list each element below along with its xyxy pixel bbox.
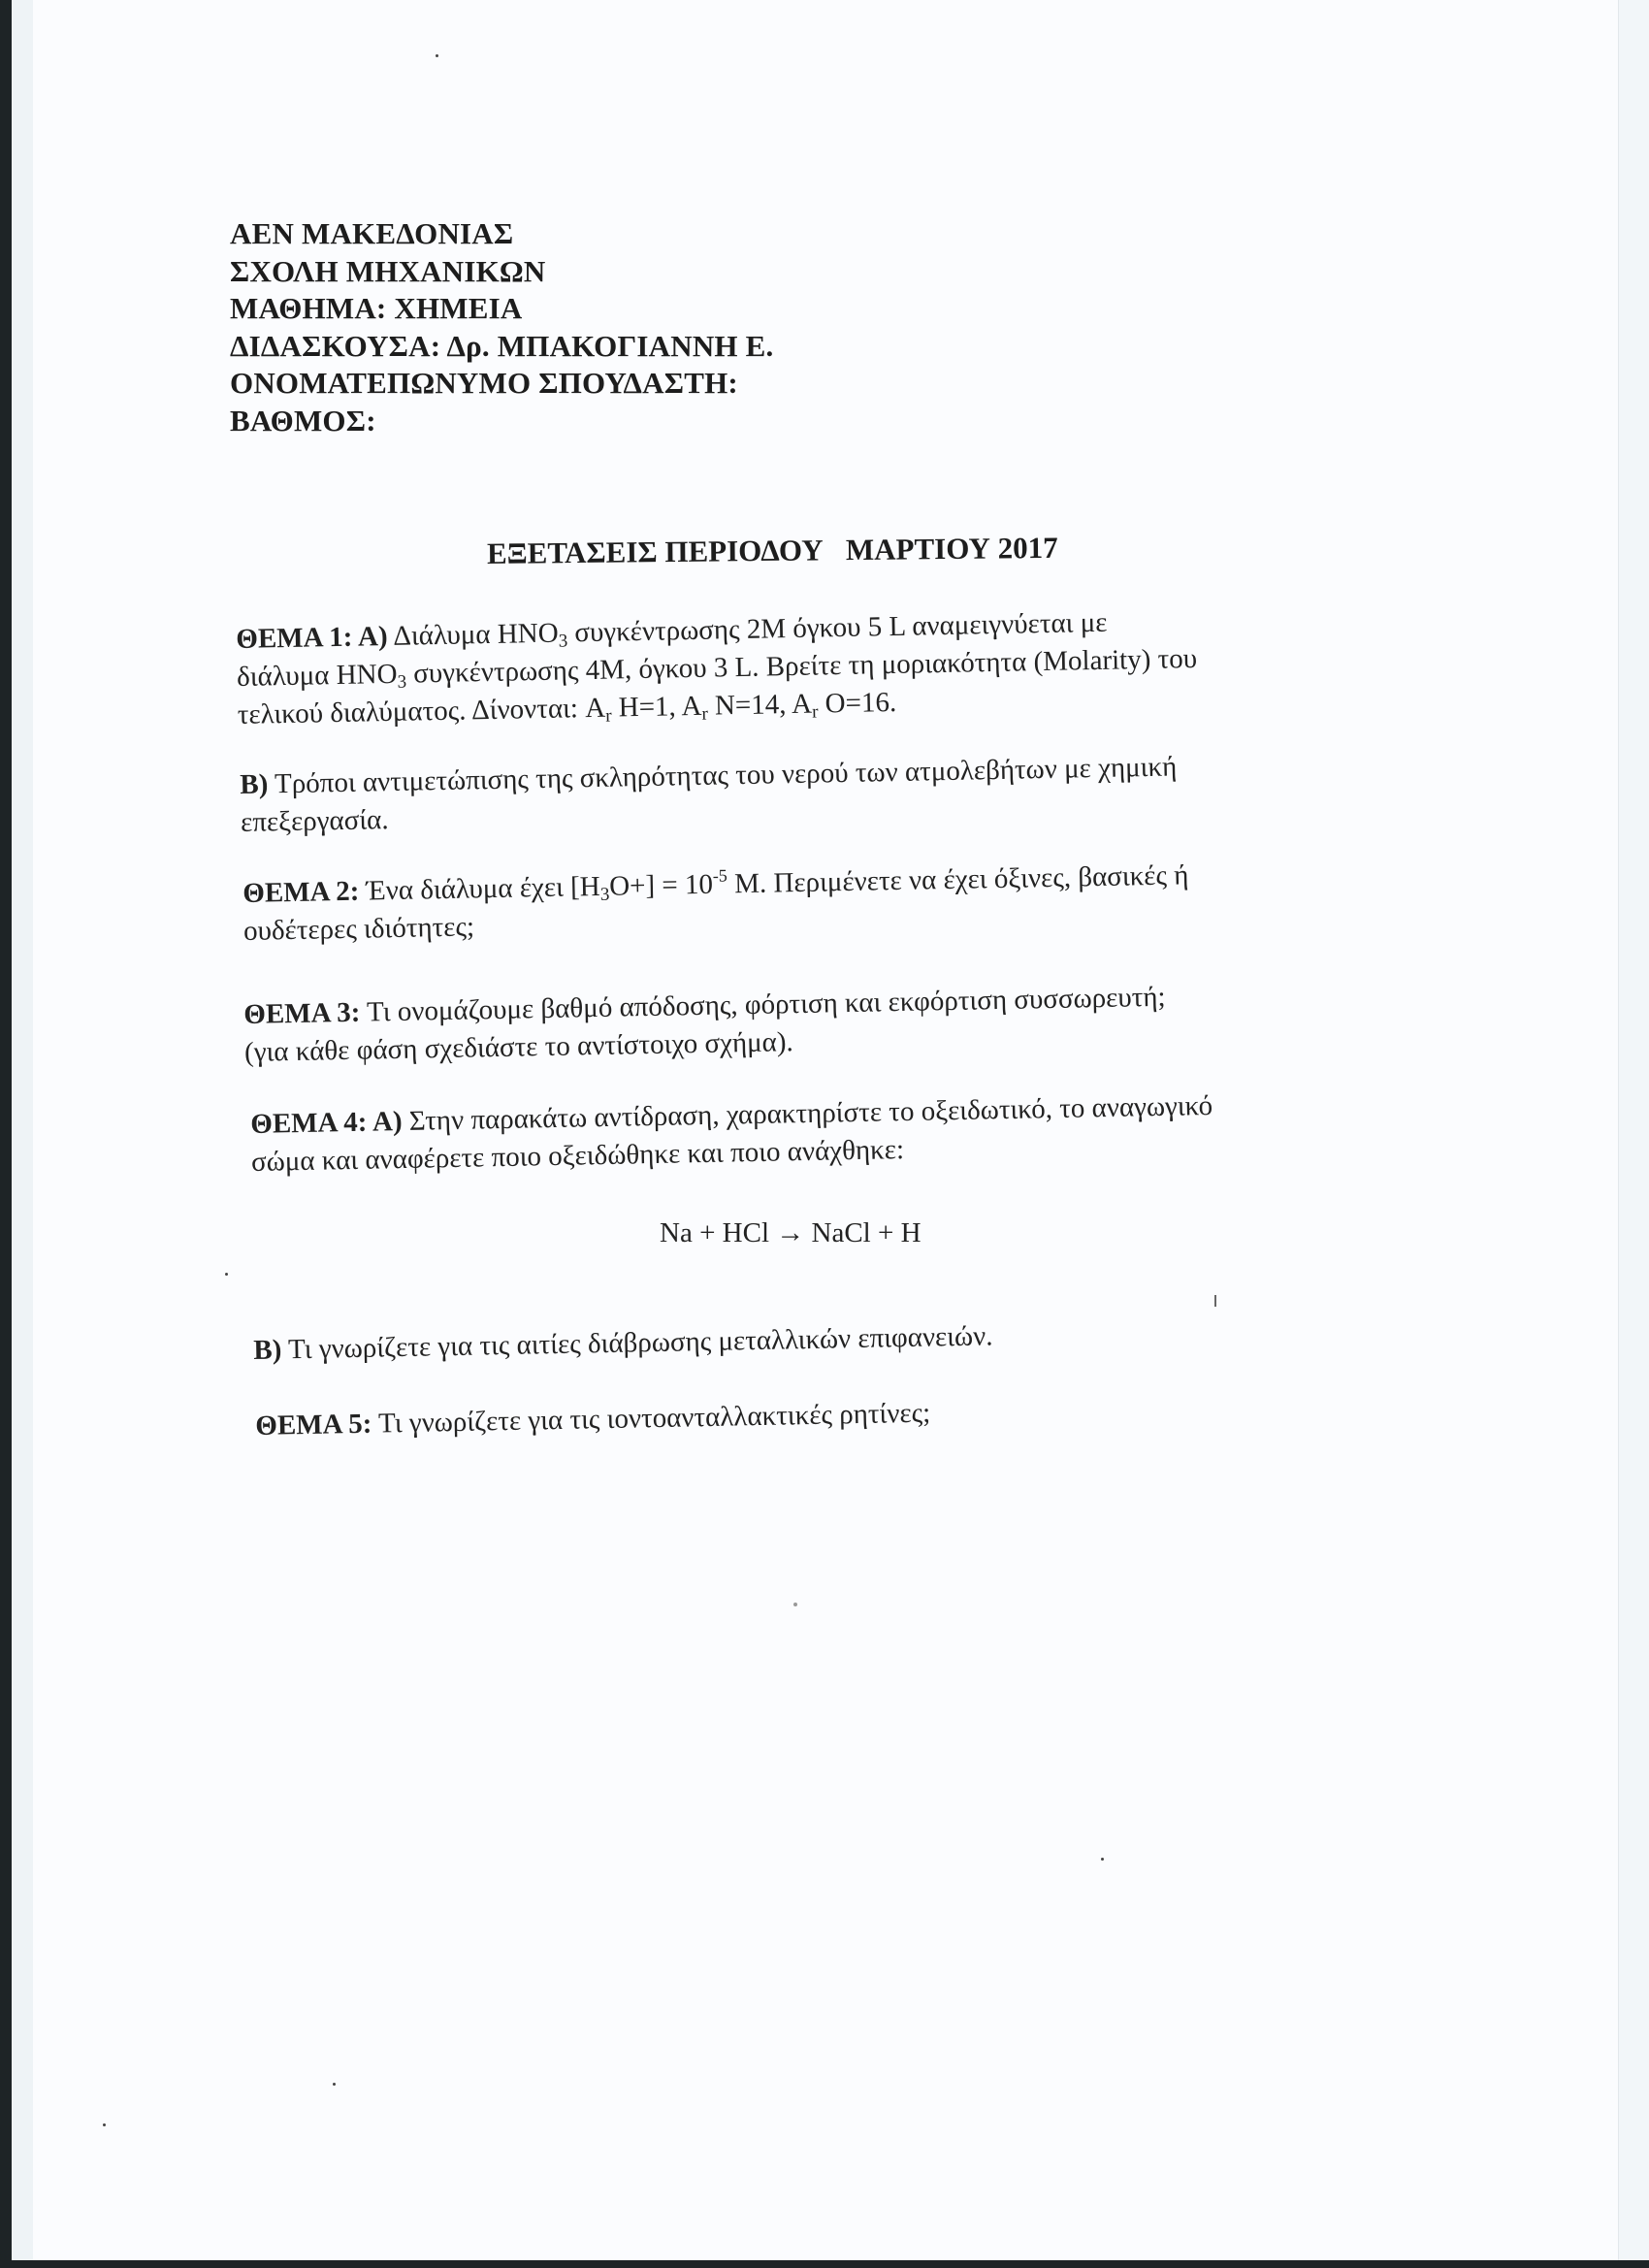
header-student-name: ΟΝΟΜΑΤΕΠΩΝΥΜΟ ΣΠΟΥΔΑΣΤΗ: — [230, 365, 774, 403]
question-label: ΘΕΜΑ 1: Α) — [236, 621, 388, 655]
question-label: Β) — [253, 1334, 282, 1366]
question-1a: ΘΕΜΑ 1: Α) Διάλυμα HNO3 συγκέντρωσης 2M … — [236, 602, 1198, 734]
exam-header: ΑΕΝ ΜΑΚΕΔΟΝΙΑΣ ΣΧΟΛΗ ΜΗΧΑΝΙΚΩΝ ΜΑΘΗΜΑ: Χ… — [230, 215, 774, 439]
scan-speck — [333, 2083, 336, 2086]
scan-edge-right — [1618, 0, 1649, 2260]
header-institution: ΑΕΝ ΜΑΚΕΔΟΝΙΑΣ — [230, 215, 774, 253]
scan-speck — [1101, 1858, 1104, 1861]
scan-speck — [103, 2123, 106, 2126]
question-text: συγκέντρωσης 2M όγκου 5 L αναμειγνύεται … — [567, 607, 1108, 649]
question-text: O=16. — [818, 687, 896, 720]
chemical-equation: Na + HCl → NaCl + H — [660, 1217, 921, 1249]
exam-title: ΕΞΕΤΑΣΕΙΣ ΠΕΡΙΟΔΟΥ ΜΑΡΤΙΟΥ 2017 — [487, 531, 1058, 571]
question-label: ΘΕΜΑ 2: — [242, 876, 360, 909]
header-instructor: ΔΙΔΑΣΚΟΥΣΑ: Δρ. ΜΠΑΚΟΓΙΑΝΝΗ Ε. — [230, 328, 774, 366]
question-text: Διάλυμα HNO — [387, 618, 559, 652]
question-text: Ένα διάλυμα έχει [H — [359, 871, 600, 907]
question-text: διάλυμα HNO — [237, 659, 398, 693]
question-text: H=1, A — [611, 691, 701, 724]
scan-speck — [436, 54, 438, 57]
question-text: Τι γνωρίζετε για τις ιοντοανταλλακτικές … — [372, 1398, 930, 1440]
scan-edge-left — [12, 0, 33, 2260]
subscript: 3 — [559, 631, 568, 651]
question-text: τελικού διαλύματος. Δίνονται: A — [238, 693, 606, 730]
header-course: ΜΑΘΗΜΑ: ΧΗΜΕΙΑ — [230, 290, 774, 328]
question-text: N=14, A — [707, 689, 812, 722]
scan-edge-bottom — [0, 2260, 1649, 2268]
superscript: -5 — [713, 865, 727, 885]
question-label: Β) — [240, 768, 269, 800]
question-label: ΘΕΜΑ 4: Α) — [250, 1106, 403, 1140]
subscript: 3 — [397, 672, 406, 693]
question-label: ΘΕΜΑ 3: — [243, 997, 361, 1030]
subscript: 3 — [600, 885, 610, 905]
scan-speck — [793, 1603, 797, 1606]
question-text: O+] = 10 — [609, 869, 713, 902]
question-label: ΘΕΜΑ 5: — [255, 1409, 372, 1442]
scan-mark — [1214, 1295, 1216, 1307]
header-grade: ΒΑΘΜΟΣ: — [230, 403, 774, 440]
question-text: M. Περιμένετε να έχει όξινες, βασικές ή — [727, 859, 1189, 899]
header-school: ΣΧΟΛΗ ΜΗΧΑΝΙΚΩΝ — [230, 253, 774, 291]
scan-speck — [225, 1273, 228, 1276]
